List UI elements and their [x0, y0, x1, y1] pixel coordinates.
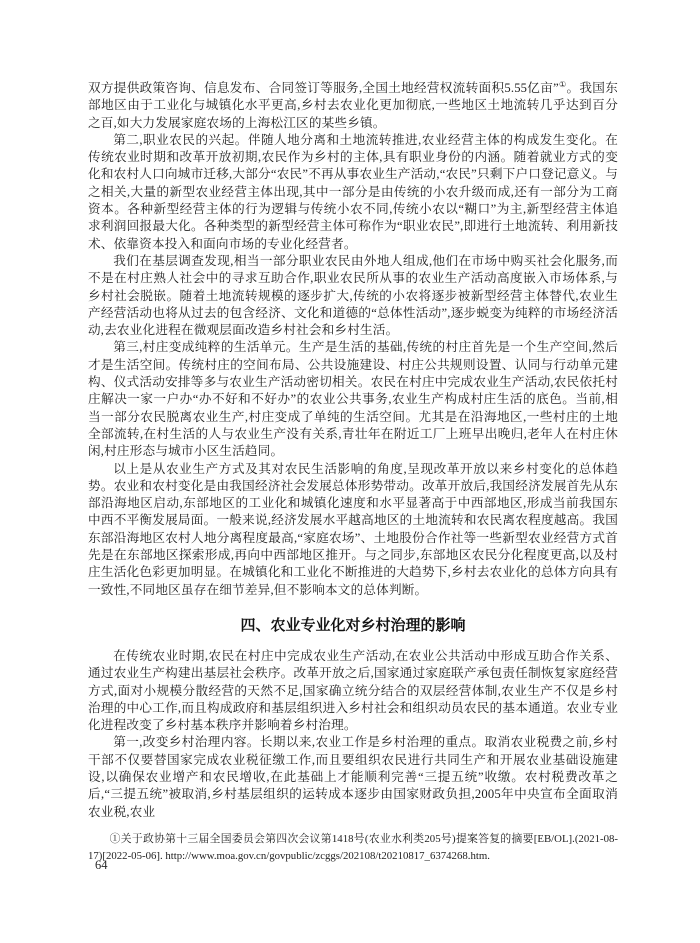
body-paragraph: 双方提供政策咨询、信息发布、合同签订等服务,全国土地经营权流转面积5.55亿亩”… [88, 80, 618, 132]
body-paragraph: 在传统农业时期,农民在村庄中完成农业生产活动,在农业公共活动中形成互助合作关系、… [88, 648, 618, 734]
body-paragraph: 第三,村庄变成纯粹的生活单元。生产是生活的基础,传统的村庄首先是一个生产空间,然… [88, 339, 618, 460]
body-paragraph: 以上是从农业生产方式及其对农民生活影响的角度,呈现改革开放以来乡村变化的总体趋势… [88, 461, 618, 599]
document-page: 双方提供政策咨询、信息发布、合同签订等服务,全国土地经营权流转面积5.55亿亩”… [0, 0, 700, 943]
text-block: 双方提供政策咨询、信息发布、合同签订等服务,全国土地经营权流转面积5.55亿亩”… [88, 80, 618, 821]
footnote: ①关于政协第十三届全国委员会第四次会议第1418号(农业水利类205号)提案答复… [88, 831, 618, 864]
footnote-marker: ① [110, 833, 121, 845]
footnote-body: 关于政协第十三届全国委员会第四次会议第1418号(农业水利类205号)提案答复的… [88, 833, 618, 862]
section-heading: 四、农业专业化对乡村治理的影响 [88, 614, 618, 635]
footnote-text: ①关于政协第十三届全国委员会第四次会议第1418号(农业水利类205号)提案答复… [88, 831, 618, 864]
page-number: 64 [95, 858, 108, 873]
body-paragraph: 第二,职业农民的兴起。伴随人地分离和土地流转推进,农业经营主体的构成发生变化。在… [88, 132, 618, 253]
body-paragraph: 第一,改变乡村治理内容。长期以来,农业工作是乡村治理的重点。取消农业税费之前,乡… [88, 734, 618, 820]
paragraph-text: 双方提供政策咨询、信息发布、合同签订等服务,全国土地经营权流转面积5.55亿亩” [88, 81, 559, 95]
body-paragraph: 我们在基层调查发现,相当一部分职业农民由外地人组成,他们在市场中购买社会化服务,… [88, 253, 618, 339]
